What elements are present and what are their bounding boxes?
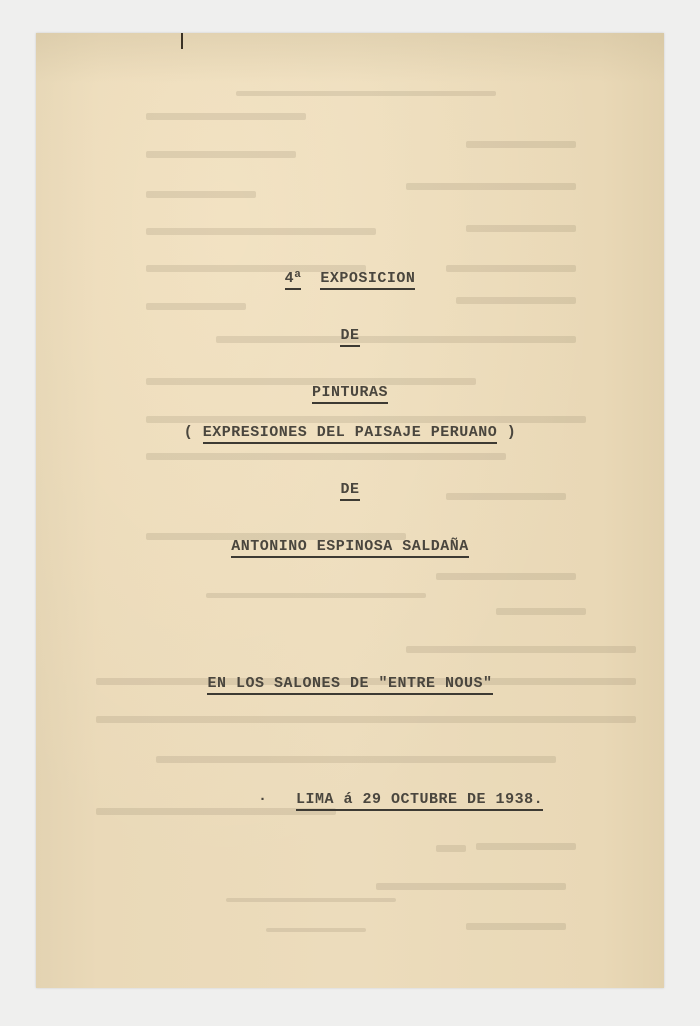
exhibition-heading: 4a EXPOSICION [36, 269, 664, 290]
artist-name: ANTONINO ESPINOSA SALDAÑA [36, 538, 664, 558]
subject-heading: PINTURAS [36, 384, 664, 404]
paren-close: ) [507, 424, 517, 441]
venue-text: EN LOS SALONES DE "ENTRE NOUS" [207, 675, 492, 695]
bullet-mark: · [258, 791, 268, 808]
de-text-1: DE [340, 327, 359, 347]
connector-de-1: DE [36, 327, 664, 347]
venue-line: EN LOS SALONES DE "ENTRE NOUS" [36, 675, 664, 695]
subtitle-text: EXPRESIONES DEL PAISAJE PERUANO [203, 424, 498, 444]
de-text-2: DE [340, 481, 359, 501]
connector-de-2: DE [36, 481, 664, 501]
bleed-through-texture [36, 33, 664, 988]
document-sheet: 4a EXPOSICION DE PINTURAS ( EXPRESIONES … [36, 33, 664, 988]
subtitle-line: ( EXPRESIONES DEL PAISAJE PERUANO ) [36, 424, 664, 444]
date-line: · LIMA á 29 OCTUBRE DE 1938. [258, 791, 658, 811]
paren-open: ( [184, 424, 194, 441]
exhibition-title: EXPOSICION [320, 270, 415, 290]
exhibition-ordinal: 4a [285, 269, 302, 290]
subject-text: PINTURAS [312, 384, 388, 404]
artist-text: ANTONINO ESPINOSA SALDAÑA [231, 538, 469, 558]
date-text: LIMA á 29 OCTUBRE DE 1938. [296, 791, 543, 811]
